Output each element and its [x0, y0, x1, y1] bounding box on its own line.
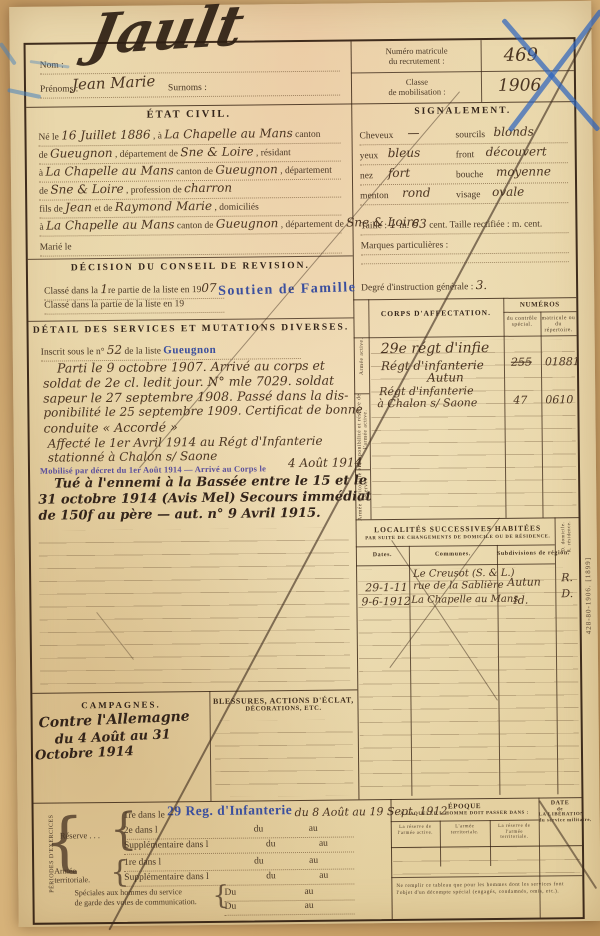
- blessures-blank-rules: [215, 719, 354, 796]
- signalement-row-4: menton rond visage ovale: [360, 187, 568, 205]
- soutien-famille-stamp: Soutien de Famille: [218, 280, 357, 300]
- form-frame: Nom : Prénoms : Surnoms : Jean Marie Num…: [24, 37, 585, 925]
- localites-row-1-subdiv: Id.: [513, 594, 528, 607]
- service-line-5: conduite « Accordé »: [43, 419, 177, 435]
- prenoms-value: Jean Marie: [72, 72, 156, 94]
- etat-civil-title: ÉTAT CIVIL.: [26, 107, 351, 121]
- reserve-label: Réserve . . .: [60, 830, 100, 840]
- territoriale-label: Armée territoriale.: [54, 866, 90, 884]
- surname-script: Jault: [84, 0, 249, 68]
- localites-row-0-date: 29-1-11: [365, 581, 408, 594]
- signalement-row-2: yeux bleus front découvert: [360, 147, 568, 165]
- localites-row-0-subdiv: Autun: [507, 575, 541, 588]
- regiment-stamp: 29 Reg. d'Infanterie: [167, 802, 292, 818]
- corps-row-0: 29e régt d'infie: [381, 340, 490, 357]
- matricule-row-rule: [351, 70, 574, 73]
- corps-row-1-n2: 01881: [545, 355, 580, 368]
- decision-line-2: Classé dans la partie de la liste en 19: [44, 297, 224, 315]
- corps-col2-label: matricule ou du répertoire.: [541, 315, 575, 333]
- numeros-header: NUMÉROS: [503, 300, 576, 309]
- corps-block-divider-1: [354, 393, 369, 394]
- tue-line-3: de 150f au père — aut. n° 9 Avril 1915.: [38, 506, 320, 524]
- corps-row-1-n1: 255: [511, 356, 532, 369]
- document-photo: Nom : Prénoms : Surnoms : Jean Marie Num…: [0, 0, 600, 936]
- periode-row-1: 1re dans le 29 Reg. d'Infanterie du 8 Ao…: [124, 803, 354, 823]
- localites-header-bottom: [356, 563, 555, 566]
- epoque-date-header: DATE de LA LIBÉRATION du service militai…: [539, 801, 582, 823]
- marie-label: Marié le: [40, 242, 72, 252]
- epoque-col2: L'armée territoriale.: [441, 824, 489, 836]
- epoque-note-rule: [391, 875, 582, 878]
- periodes-brace: {: [44, 810, 85, 874]
- details-title: DÉTAIL DES SERVICES ET MUTATIONS DIVERSE…: [28, 322, 353, 335]
- marques-line: Marques particulières :: [361, 237, 569, 255]
- matricule-label: Numéro matricule du recrutement :: [361, 45, 473, 66]
- localites-row-1-date: 9-6-1912: [361, 595, 411, 609]
- epoque-col3: La réserve de l'armée territoriale.: [491, 824, 538, 841]
- surnoms-label: Surnoms :: [168, 81, 207, 96]
- localites-row-0-commune-1: Le Creusot (S. & L.): [413, 568, 515, 580]
- epoque-subtitle: À LAQUELLE L'HOMME DOIT PASSER DANS :: [391, 811, 539, 818]
- epoque-title: ÉPOQUE: [391, 802, 539, 812]
- localites-h-subdiv: Subdivisions de région.: [497, 550, 555, 557]
- localites-row-1-dr: D.: [561, 587, 573, 600]
- corps-row-2-n2: 0610: [545, 393, 573, 406]
- corps-col1-label: du contrôle spécial.: [504, 315, 539, 327]
- localites-h-commune: Communes.: [409, 551, 497, 558]
- epoque-col1: La réserve de l'armée active.: [392, 825, 439, 836]
- degre-line: Degré d'instruction générale : 3.: [361, 277, 569, 296]
- service-line-4: ponibilité le 25 septembre 1909. Certifi…: [43, 402, 362, 419]
- epoque-header-rule: [391, 820, 539, 823]
- localites-header-top: [356, 544, 555, 547]
- epoque-rules: [393, 847, 580, 875]
- details-top-rule: [28, 317, 353, 321]
- campagnes-line-3: Octobre 1914: [35, 744, 134, 763]
- mobilise-date: 4 Août 1914: [288, 455, 362, 470]
- taille-line: Taille : 1 m. 63 cent. Taille rectifiée …: [360, 215, 568, 235]
- signalement-title: SIGNALEMENT.: [351, 105, 574, 117]
- corps-header-rule: [354, 335, 577, 338]
- corps-block-divider-2: [355, 469, 370, 470]
- service-line-6: Affecté le 1er Avril 1914 au Régt d'Infa…: [48, 434, 323, 451]
- speciales-row-2: Du au: [225, 898, 355, 915]
- localites-dr-label: D. domicile. R. résidence.: [561, 509, 573, 565]
- form-edition-note: 428-80-1906. [1899]: [584, 557, 593, 634]
- service-line-7: stationné à Chalon s/ Saone: [48, 449, 218, 465]
- corps-row-1-l2: Autun: [427, 370, 464, 384]
- localites-row-0-commune-2: rue de la Sablière: [413, 580, 504, 592]
- details-blank-rules: [39, 527, 351, 690]
- etat-civil-line-6: à La Chapelle au Mans canton de Gueugnon…: [39, 216, 341, 237]
- tue-line-2: 31 octobre 1914 (Avis Mel) Secours imméd…: [38, 489, 371, 507]
- localites-title: LOCALITÉS SUCCESSIVES HABITÉES: [363, 523, 553, 534]
- marie-line: Marié le: [40, 238, 342, 257]
- corps-side-armee-active: Armée active.: [359, 329, 366, 383]
- corps-row-2-n1: 47: [513, 394, 527, 407]
- speciales-label: Spéciales aux hommes du service de garde…: [74, 887, 196, 907]
- epoque-note: Ne remplir ce tableau que pour les homme…: [396, 881, 576, 896]
- localites-row-0-dr: R.: [561, 571, 573, 584]
